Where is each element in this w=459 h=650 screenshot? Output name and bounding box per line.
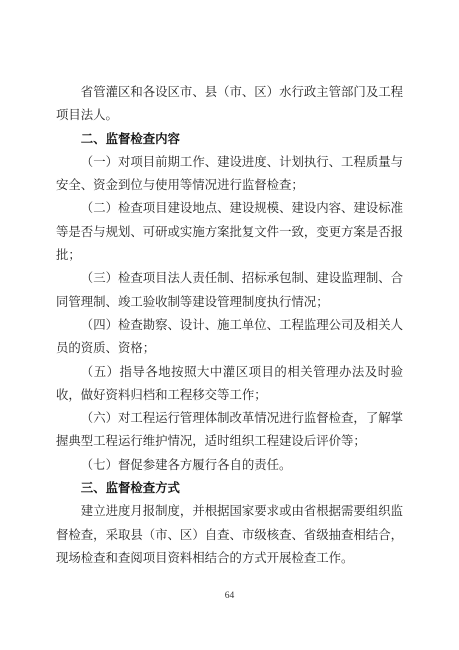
text-line: （五）指导各地按照大中灌区项目的相关管理办法及时验: [56, 361, 403, 384]
text-line: （四）检查勘察、设计、施工单位、工程监理公司及相关人: [56, 314, 403, 337]
text-line: 现场检查和查阅项目资料相结合的方式开展检查工作。: [56, 547, 403, 570]
text-line: 同管理制、竣工验收制等建设管理制度执行情况；: [56, 291, 403, 314]
text-line: 省管灌区和各设区市、县（市、区）水行政主管部门及工程: [56, 81, 403, 104]
page-number: 64: [0, 591, 459, 601]
text-line: （三）检查项目法人责任制、招标承包制、建设监理制、合: [56, 267, 403, 290]
document-page: 省管灌区和各设区市、县（市、区）水行政主管部门及工程 项目法人。 二、监督检查内…: [0, 0, 459, 650]
text-line: 项目法人。: [56, 104, 403, 127]
heading-line: 二、监督检查内容: [56, 128, 403, 151]
text-line: 建立进度月报制度，并根据国家要求或由省根据需要组织监: [56, 500, 403, 523]
paragraph-item-1: （一）对项目前期工作、建设进度、计划执行、工程质量与 安全、资金到位与使用等情况…: [56, 151, 403, 198]
paragraph-item-3: （三）检查项目法人责任制、招标承包制、建设监理制、合 同管理制、竣工验收制等建设…: [56, 267, 403, 314]
text-line: 等是否与规划、可研或实施方案批复文件一致，变更方案是否报: [56, 221, 403, 244]
text-line: 收，做好资料归档和工程移交等工作；: [56, 384, 403, 407]
text-line: 批；: [56, 244, 403, 267]
text-line: 安全、资金到位与使用等情况进行监督检查；: [56, 174, 403, 197]
text-line: （七）督促参建各方履行各自的责任。: [56, 454, 403, 477]
text-line: 督检查，采取县（市、区）自查、市级核查、省级抽查相结合，: [56, 524, 403, 547]
text-line: 握典型工程运行维护情况，适时组织工程建设后评价等；: [56, 430, 403, 453]
paragraph-item-2: （二）检查项目建设地点、建设规模、建设内容、建设标准 等是否与规划、可研或实施方…: [56, 197, 403, 267]
paragraph-item-6: （六）对工程运行管理体制改革情况进行监督检查，了解掌 握典型工程运行维护情况，适…: [56, 407, 403, 454]
text-line: （二）检查项目建设地点、建设规模、建设内容、建设标准: [56, 197, 403, 220]
document-body: 省管灌区和各设区市、县（市、区）水行政主管部门及工程 项目法人。 二、监督检查内…: [56, 81, 403, 570]
section-heading-3: 三、监督检查方式: [56, 477, 403, 500]
heading-line: 三、监督检查方式: [56, 477, 403, 500]
paragraph-item-7: （七）督促参建各方履行各自的责任。: [56, 454, 403, 477]
text-line: 员的资质、资格；: [56, 337, 403, 360]
text-line: （六）对工程运行管理体制改革情况进行监督检查，了解掌: [56, 407, 403, 430]
text-line: （一）对项目前期工作、建设进度、计划执行、工程质量与: [56, 151, 403, 174]
paragraph-item-4: （四）检查勘察、设计、施工单位、工程监理公司及相关人 员的资质、资格；: [56, 314, 403, 361]
paragraph-intro: 省管灌区和各设区市、县（市、区）水行政主管部门及工程 项目法人。: [56, 81, 403, 128]
paragraph-item-5: （五）指导各地按照大中灌区项目的相关管理办法及时验 收，做好资料归档和工程移交等…: [56, 361, 403, 408]
paragraph-closing: 建立进度月报制度，并根据国家要求或由省根据需要组织监 督检查，采取县（市、区）自…: [56, 500, 403, 570]
section-heading-2: 二、监督检查内容: [56, 128, 403, 151]
